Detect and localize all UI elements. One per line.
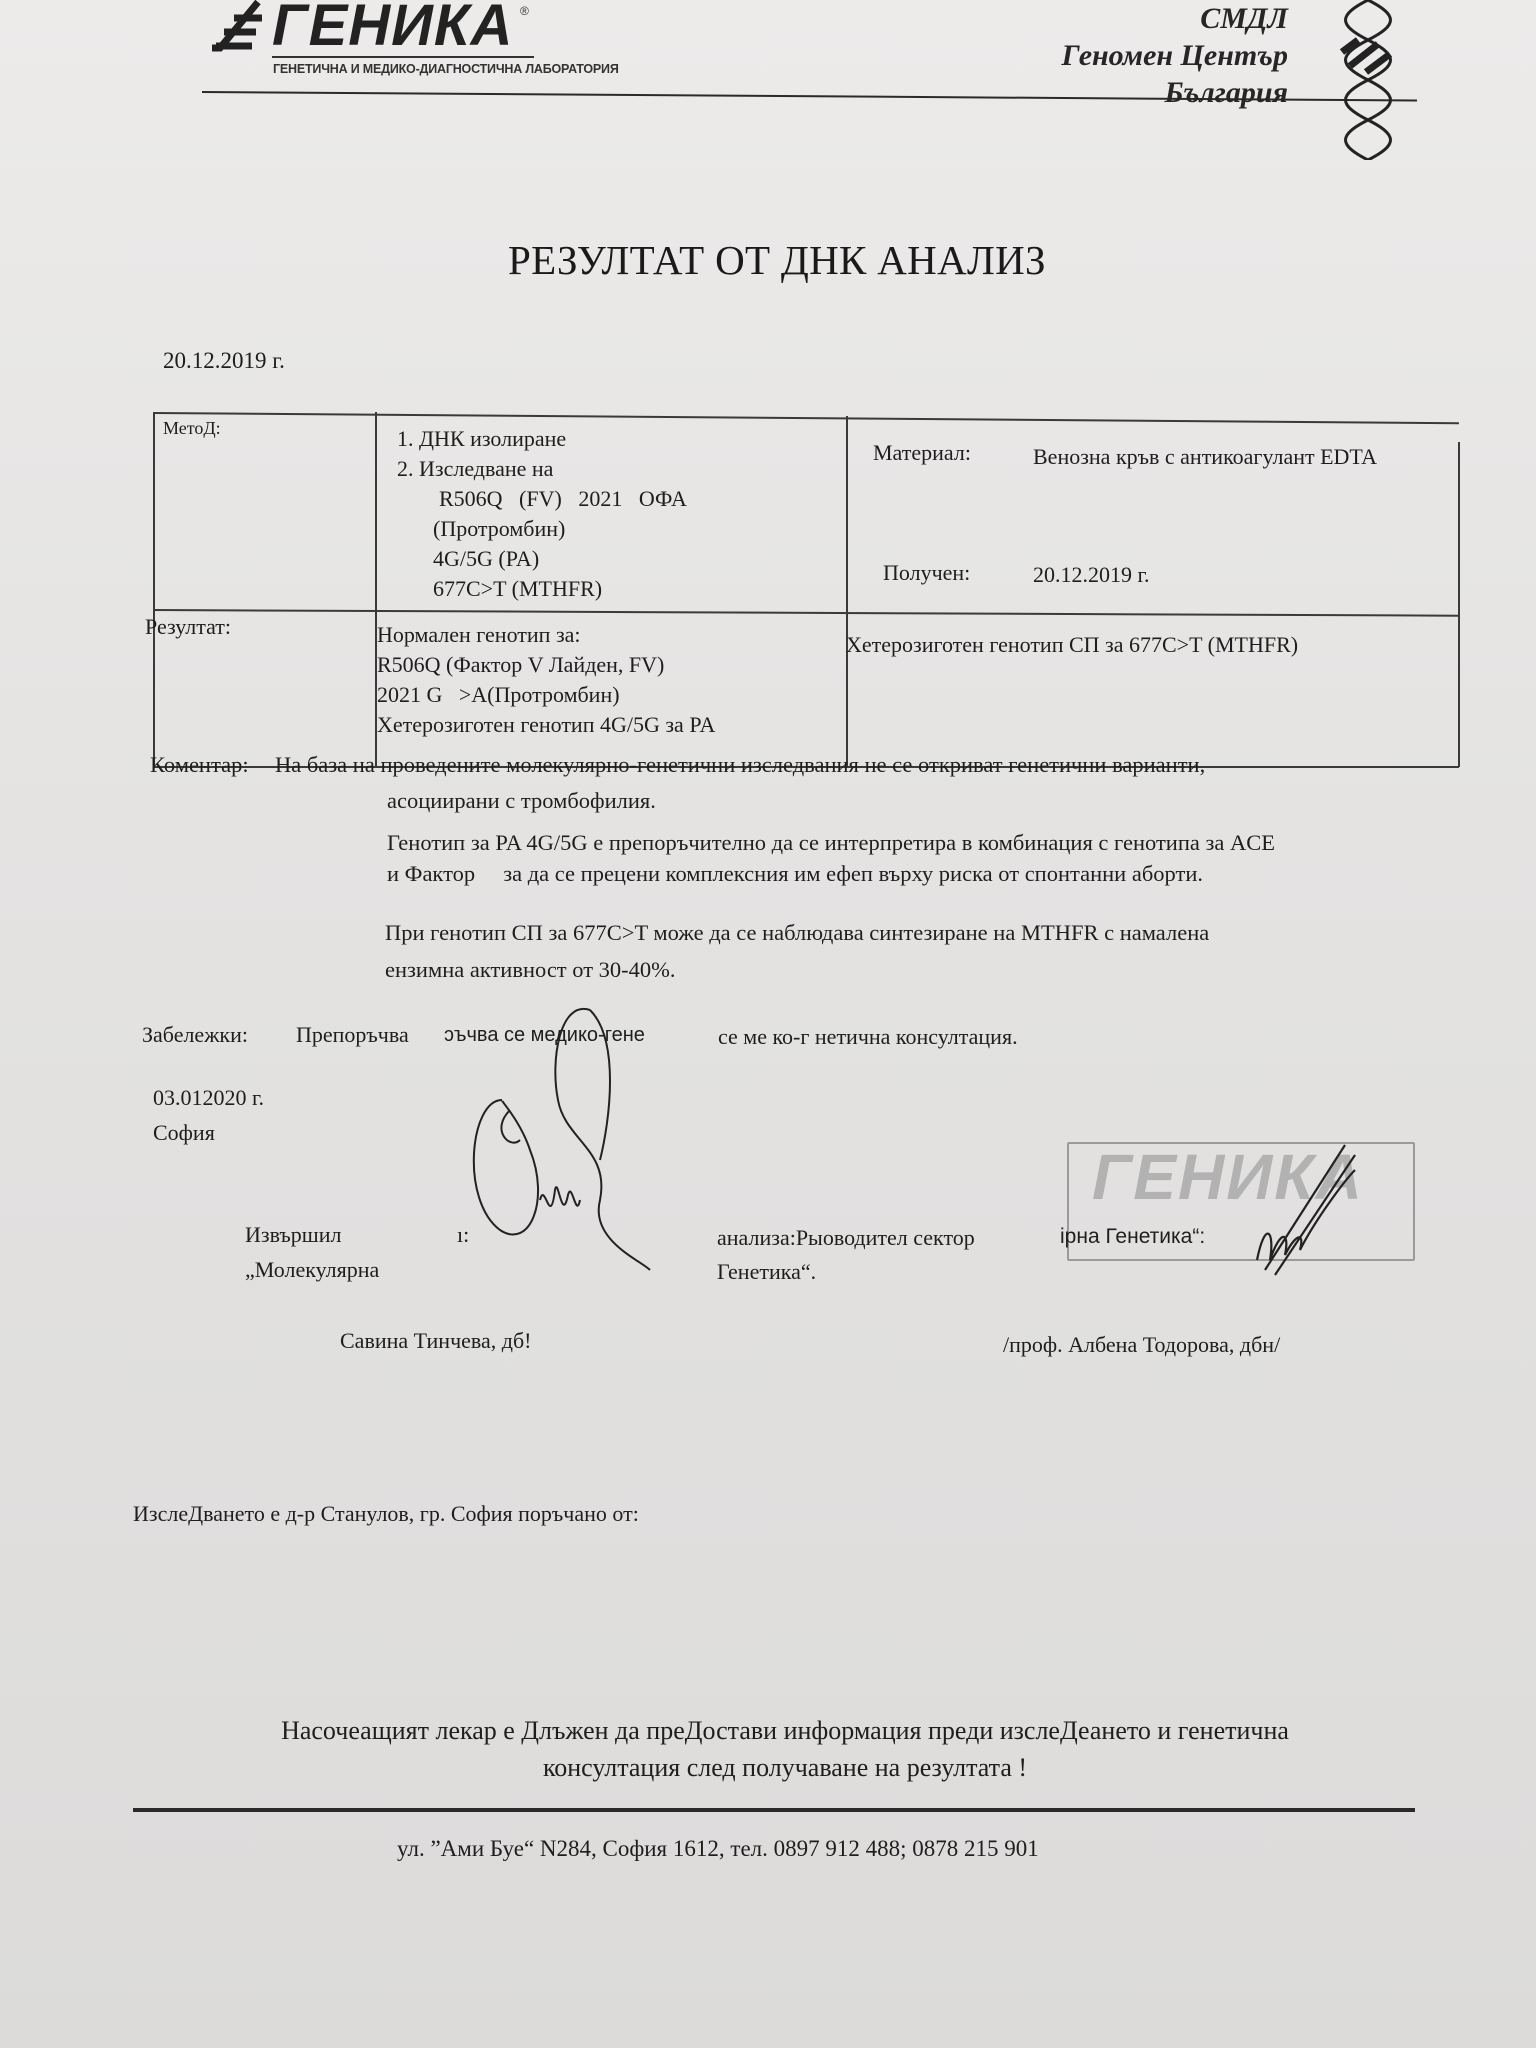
logo-subtitle: ГЕНЕТИЧНА И МЕДИКО-ДИАГНОСТИЧНА ЛАБОРАТО… xyxy=(273,62,619,76)
document-title: РЕЗУЛТАТ ОТ ДНК АНАЛИЗ xyxy=(508,236,1046,284)
method-list: 1. ДНК изолиране 2. Изследване на R506Q … xyxy=(397,424,687,604)
performed-by-label: Извършил xyxy=(245,1222,342,1248)
method-item: 677C>T (MTHFR) xyxy=(397,574,687,604)
notes-text-overlay: ɔъчва се медико-гене xyxy=(444,1024,645,1047)
issued-city: София xyxy=(153,1120,215,1146)
method-item: (Протромбин) xyxy=(397,514,687,544)
notes-text: Препоръчва xyxy=(296,1022,409,1048)
result-item: 2021 G >A(Протромбин) xyxy=(377,680,715,710)
result-label: Резултат: xyxy=(145,612,231,642)
result-list: Нормален генотип за: R506Q (Фактор V Лай… xyxy=(377,620,715,740)
comment-line: При генотип СП за 677C>T може да се набл… xyxy=(385,920,1209,946)
doctor-notice: Насочеащият лекар е Длъжен да преДостави… xyxy=(150,1712,1420,1786)
logo-underline xyxy=(272,56,534,58)
notice-line-2: консултация след получаване на резултата… xyxy=(150,1749,1420,1786)
analysis-table: МетоД: 1. ДНК изолиране 2. Изследване на… xyxy=(153,412,1459,767)
method-item: 1. ДНК изолиране xyxy=(397,424,687,454)
result-item: R506Q (Фактор V Лайден, FV) xyxy=(377,650,715,680)
center-line-2: Геномен Център xyxy=(1061,37,1288,74)
received-label: Получен: xyxy=(883,558,970,588)
report-date: 20.12.2019 г. xyxy=(163,348,285,374)
comment-line: ензимна активност от 30-40%. xyxy=(385,957,676,983)
dna-helix-icon xyxy=(1328,0,1408,160)
head-title-line1: анализа:Рыоводител сектор xyxy=(717,1225,975,1251)
lab-address: ул. ”Ами Буе“ N284, София 1612, тел. 089… xyxy=(397,1836,1039,1862)
issued-date: 03.012020 г. xyxy=(153,1085,264,1111)
notes-label: Забележки: xyxy=(142,1022,248,1048)
material-label: Материал: xyxy=(873,438,971,468)
center-line-3: България xyxy=(1061,74,1288,111)
ordered-by: ИзслеДването е д-р Станулов, гр. София п… xyxy=(133,1501,639,1527)
head-name: /проф. Албена Тодорова, дбн/ xyxy=(1003,1332,1280,1358)
result-item: Хетерозиготен генотип 4G/5G за PA xyxy=(377,710,715,740)
performed-by-colon: ı: xyxy=(457,1222,469,1248)
performed-by-dept: „Молекулярна xyxy=(245,1257,379,1283)
material-value: Венозна кръв с антикоагулант EDTA xyxy=(1033,442,1377,472)
notice-line-1: Насочеащият лекар е Длъжен да преДостави… xyxy=(150,1712,1420,1749)
head-title-line2: Генетика“. xyxy=(717,1259,816,1285)
comment-line: На база на проведените молекулярно-генет… xyxy=(275,752,1205,778)
method-item: 2. Изследване на xyxy=(397,454,687,484)
stamp-text: ГЕНИКА xyxy=(1092,1140,1364,1214)
comment-label: Коментар: xyxy=(150,752,249,778)
performer-name: Савина Тинчева, дб! xyxy=(340,1328,531,1354)
result-item: Нормален генотип за: xyxy=(377,620,715,650)
method-label: МетоД: xyxy=(163,418,221,439)
method-item: R506Q (FV) 2021 ОФА xyxy=(397,484,687,514)
logo-name: ГЕНИКА xyxy=(272,0,513,59)
comment-line: Генотип за PA 4G/5G е препоръчително да … xyxy=(387,830,1275,856)
footer-divider xyxy=(133,1808,1415,1812)
comment-line: и Фактор за да се прецени комплексния им… xyxy=(387,861,1203,887)
received-value: 20.12.2019 г. xyxy=(1033,560,1150,590)
head-title-tail: ірна Генетика“: xyxy=(1060,1225,1205,1249)
center-line-1: СМДЛ xyxy=(1061,0,1288,37)
genome-center-name: СМДЛ Геномен Център България xyxy=(1061,0,1288,111)
method-item: 4G/5G (PA) xyxy=(397,544,687,574)
comment-line: асоциирани с тромбофилия. xyxy=(387,788,656,814)
registered-mark: ® xyxy=(520,4,529,18)
geneka-logo-icon xyxy=(200,0,270,60)
result-mthfr: Хетерозиготен генотип СП за 677C>T (MTHF… xyxy=(846,630,1298,660)
notes-text-end: се ме ко-г нетична консултация. xyxy=(718,1024,1018,1050)
